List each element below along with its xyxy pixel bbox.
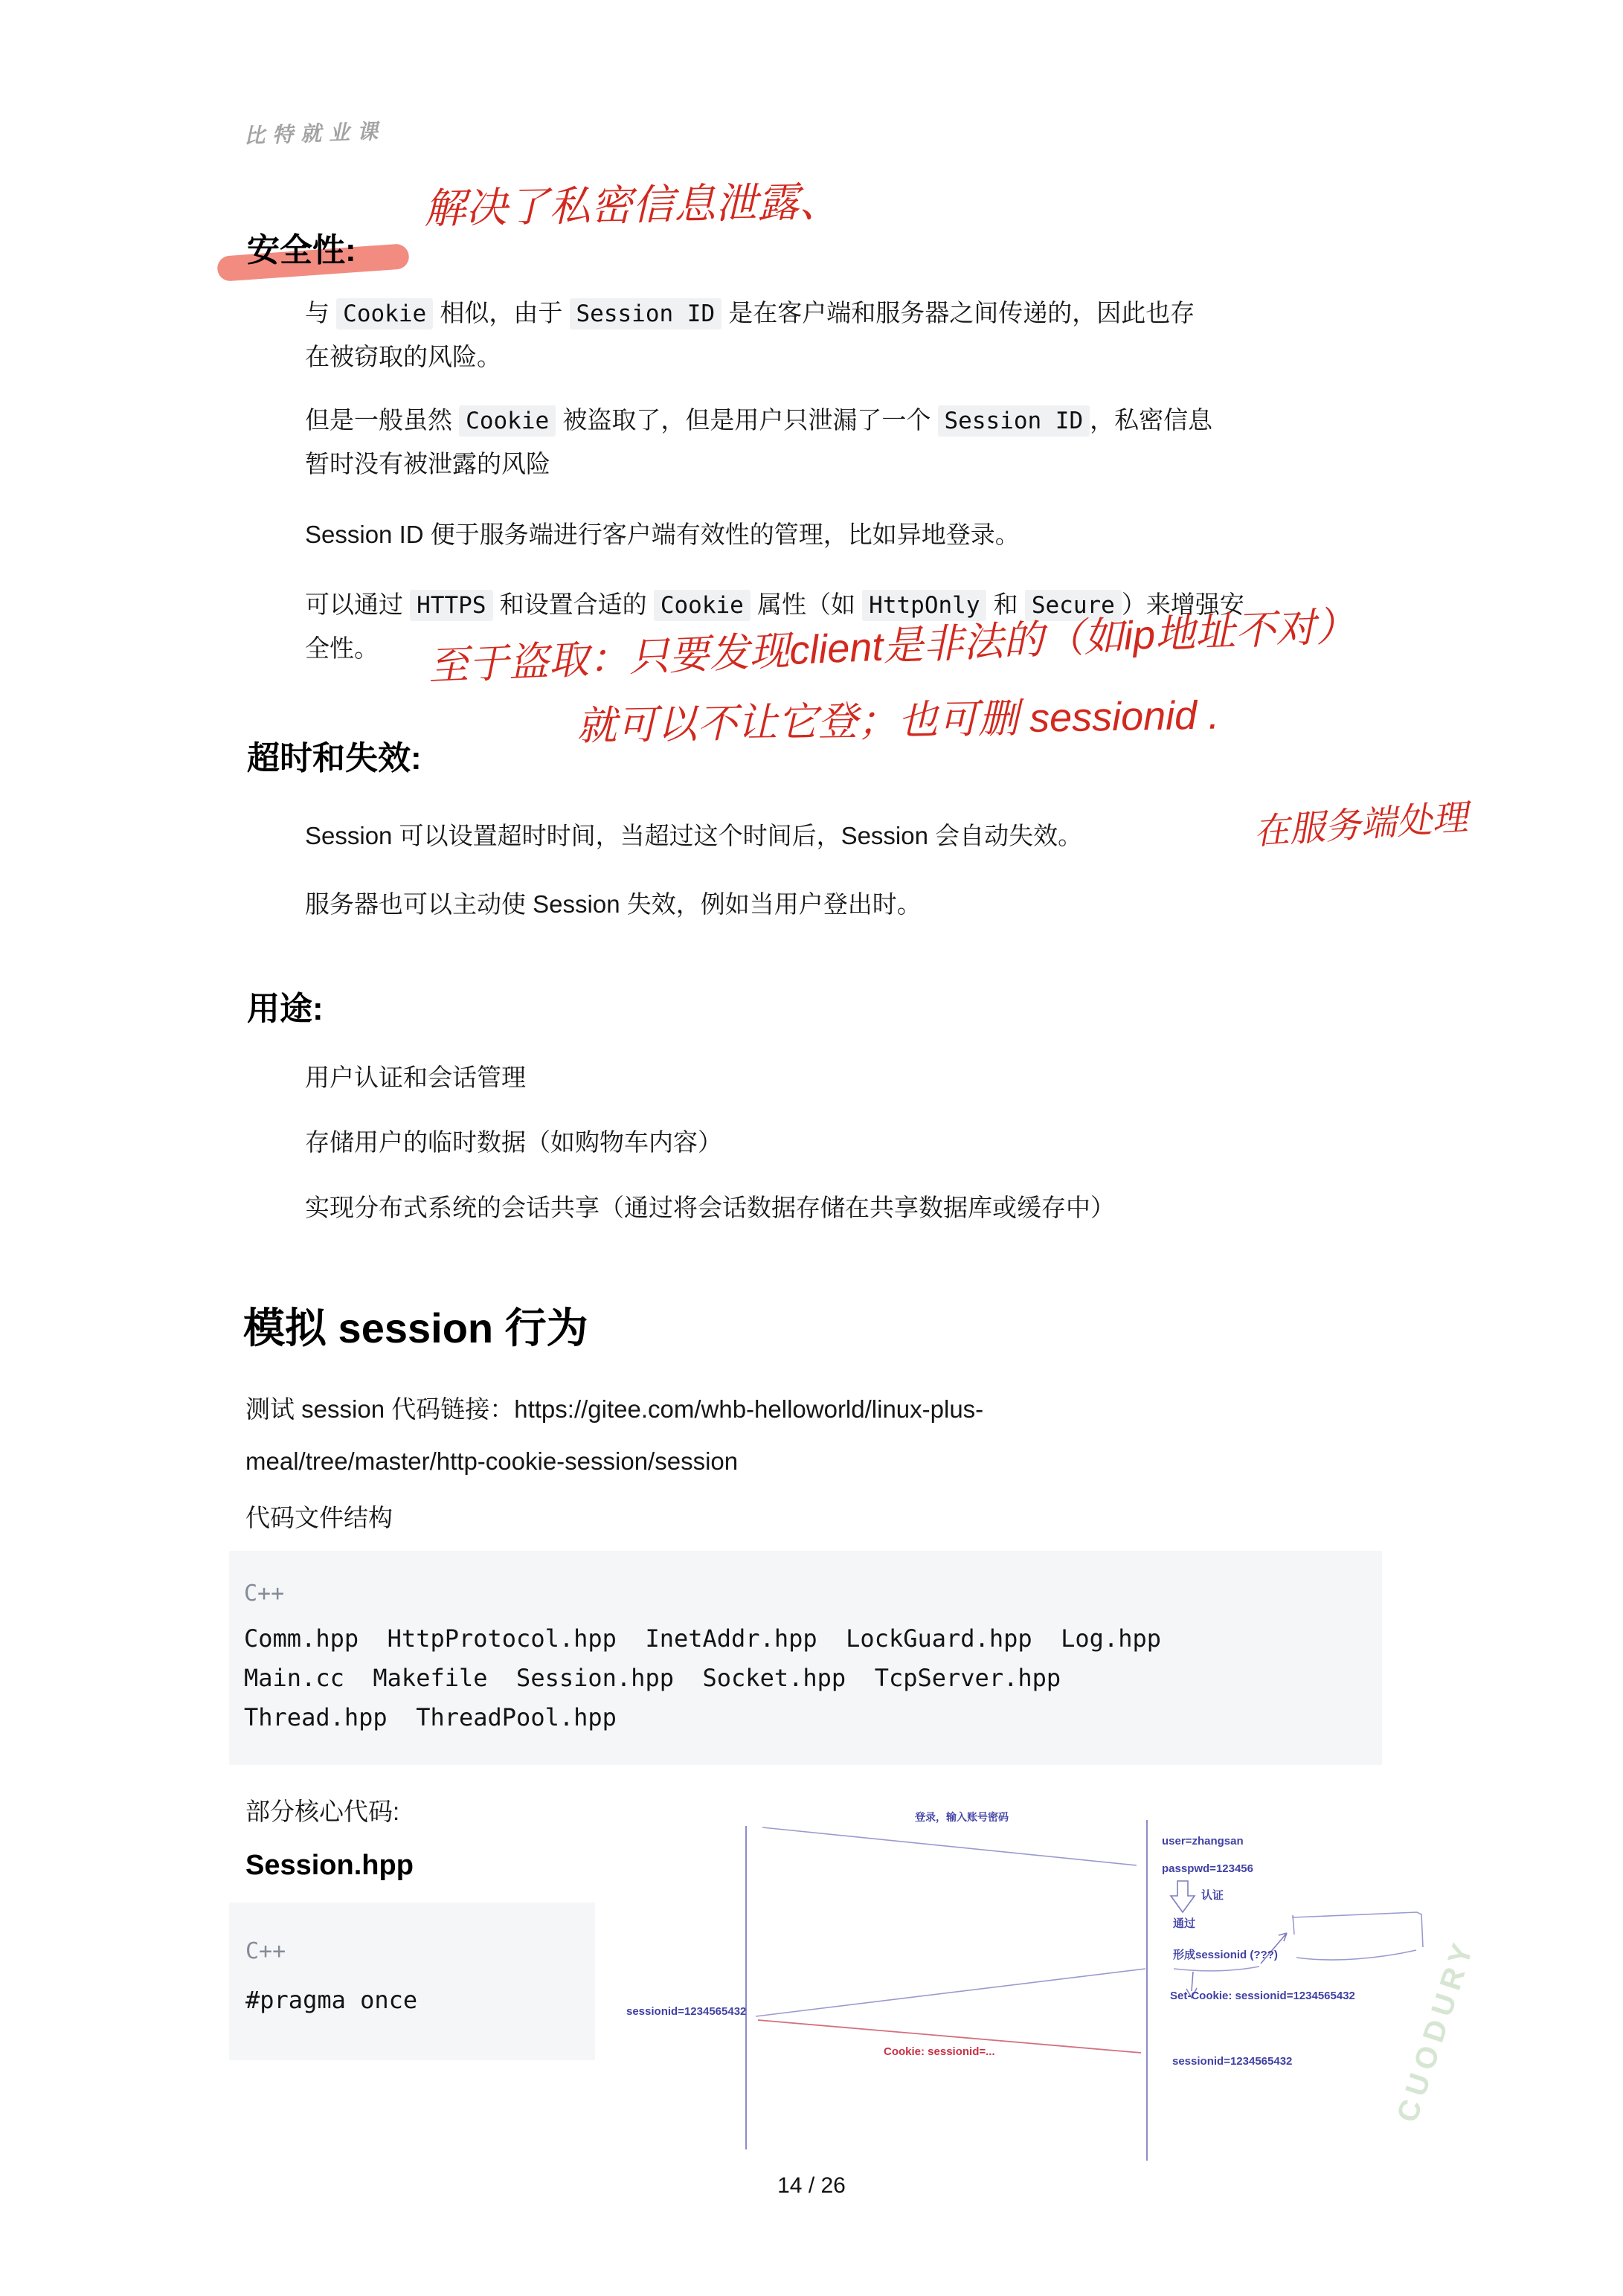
text-span: 测试 session 代码链接：https://gitee.com/whb-he… <box>245 1395 983 1423</box>
diagram-auth-label: 认证 <box>1201 1887 1224 1903</box>
text-span: 代码文件结构 <box>245 1504 393 1531</box>
text-span: Session ID 便于服务端进行客户端有效性的管理，比如异地登录。 <box>305 521 1020 548</box>
diagram-passwd-value: passpwd=123456 <box>1162 1862 1253 1875</box>
paragraph-code-link[interactable]: 测试 session 代码链接：https://gitee.com/whb-he… <box>245 1383 983 1488</box>
code-block-file-list-lines: Comm.hpp HttpProtocol.hpp InetAddr.hpp L… <box>244 1619 1161 1737</box>
heading-timeout: 超时和失效: <box>247 731 422 779</box>
code-block-language-label: C++ <box>245 1938 286 1964</box>
diagram-form-sessionid-label: 形成sessionid (???) <box>1173 1946 1278 1962</box>
heading-simulate-session: 模拟 session 行为 <box>243 1296 588 1355</box>
paragraph-session-id-risk: 与 Cookie 相似，由于 Session ID 是在客户端和服务器之间传递的… <box>305 292 1195 378</box>
diagram-lines <box>625 1804 1623 2176</box>
code-block-file-list: C++ Comm.hpp HttpProtocol.hpp InetAddr.h… <box>229 1551 1382 1765</box>
text-span: 实现分布式系统的会话共享（通过将会话数据存储在共享数据库或缓存中） <box>305 1194 1115 1221</box>
text-span: Session 可以设置超时时间，当超过这个时间后，Session 会自动失效。 <box>305 822 1082 849</box>
code-line: Main.cc Makefile Session.hpp Socket.hpp … <box>244 1659 1161 1698</box>
code-block-language-label: C++ <box>244 1580 284 1607</box>
handwritten-note-security: 解决了私密信息泄露、 <box>423 169 841 236</box>
text-span: 但是一般虽然 <box>305 406 459 434</box>
document-page: 比特就业课 安全性: 解决了私密信息泄露、 与 Cookie 相似，由于 Ses… <box>0 0 1623 2296</box>
code-block-session-hpp: C++ #pragma once <box>229 1903 595 2060</box>
text-span: 用户认证和会话管理 <box>305 1064 526 1091</box>
session-sequence-diagram: 登录，输入账号密码 user=zhangsan passpwd=123456 认… <box>625 1804 1623 2176</box>
text-span: 暂时没有被泄露的风险 <box>305 450 550 477</box>
page-number: 14 / 26 <box>0 2173 1623 2199</box>
code-line: #pragma once <box>245 1981 417 2020</box>
paragraph-session-management: Session ID 便于服务端进行客户端有效性的管理，比如异地登录。 <box>305 513 1020 556</box>
text-span: 属性（如 <box>751 591 862 618</box>
handwritten-note-server-side: 在服务端处理 <box>1252 788 1469 855</box>
text-span: 和设置合适的 <box>493 591 654 618</box>
code-line: Thread.hpp ThreadPool.hpp <box>244 1698 1161 1737</box>
text-span: meal/tree/master/http-cookie-session/ses… <box>245 1447 738 1475</box>
brand-watermark: 比特就业课 <box>243 115 385 150</box>
diagram-client-sessionid-value: sessionid=1234565432 <box>626 2005 746 2018</box>
code-block-session-hpp-lines: #pragma once <box>245 1981 417 2020</box>
text-span: 存储用户的临时数据（如购物车内容） <box>305 1128 722 1156</box>
inline-code-span: Cookie <box>336 298 433 329</box>
heading-usage: 用途: <box>247 982 324 1029</box>
diagram-pass-label: 通过 <box>1173 1915 1195 1931</box>
inline-code-span: Cookie <box>459 405 556 437</box>
diagram-cookie-label: Cookie: sessionid=... <box>884 2045 995 2058</box>
inline-code-span: Session ID <box>570 298 722 329</box>
inline-code-span: Cookie <box>654 590 751 621</box>
sessionid-underline <box>1174 1967 1259 1971</box>
set-cookie-response-line <box>756 1969 1145 2016</box>
paragraph-server-invalidate: 服务器也可以主动使 Session 失效，例如当用户登出时。 <box>305 883 922 925</box>
text-span: 可以通过 <box>305 591 410 618</box>
paragraph-usage-auth: 用户认证和会话管理 <box>305 1056 526 1099</box>
paragraph-file-structure-label: 代码文件结构 <box>245 1496 393 1539</box>
diagram-login-label: 登录，输入账号密码 <box>915 1810 1009 1824</box>
paragraph-usage-distributed: 实现分布式系统的会话共享（通过将会话数据存储在共享数据库或缓存中） <box>305 1186 1115 1229</box>
inline-code-span: HTTPS <box>410 590 492 621</box>
text-span: 是在客户端和服务器之间传递的，因此也存 <box>721 299 1195 327</box>
code-line: Comm.hpp HttpProtocol.hpp InetAddr.hpp L… <box>244 1619 1161 1659</box>
text-span: 被盗取了，但是用户只泄漏了一个 <box>556 406 937 434</box>
core-code-label: 部分核心代码: <box>245 1792 399 1827</box>
diagram-set-cookie-value: Set-Cookie: sessionid=1234565432 <box>1170 1990 1355 2002</box>
text-span: 相似，由于 <box>433 299 569 327</box>
handwritten-note-steal-line2: 就可以不让它登；也可删 sessionid . <box>576 683 1219 751</box>
heading-security: 安全性: <box>247 223 356 271</box>
paragraph-session-timeout: Session 可以设置超时时间，当超过这个时间后，Session 会自动失效。 <box>305 814 1082 857</box>
session-hpp-title: Session.hpp <box>245 1850 414 1882</box>
text-span: 与 <box>305 299 336 327</box>
paragraph-usage-temp-data: 存储用户的临时数据（如购物车内容） <box>305 1121 722 1163</box>
text-span: 全性。 <box>305 634 379 662</box>
handdrawn-box-shape <box>1292 1912 1423 1960</box>
diagram-server-sessionid-value: sessionid=1234565432 <box>1172 2055 1292 2068</box>
paragraph-cookie-stolen: 但是一般虽然 Cookie 被盗取了，但是用户只泄漏了一个 Session ID… <box>305 399 1212 485</box>
auth-down-arrow-icon <box>1171 1881 1195 1912</box>
login-request-line <box>762 1827 1137 1865</box>
inline-code-span: Session ID <box>938 405 1090 437</box>
text-span: 服务器也可以主动使 Session 失效，例如当用户登出时。 <box>305 890 922 918</box>
diagram-user-value: user=zhangsan <box>1162 1835 1244 1848</box>
text-span: 在被窃取的风险。 <box>305 343 501 370</box>
text-span: ，私密信息 <box>1090 406 1212 434</box>
